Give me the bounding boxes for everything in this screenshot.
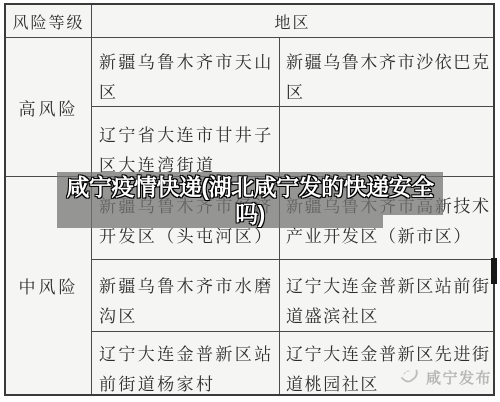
table-cell-high-r2-right (280, 107, 493, 177)
group-label-high-risk: 高风险 (6, 38, 92, 177)
table-cell-mid-r2-left: 新疆乌鲁木齐市水磨沟区 (92, 260, 280, 332)
watermark: 咸宁发布 (400, 366, 492, 388)
article-title-line1: 咸宁疫情快递(湖北咸宁发的快递安全 (66, 174, 433, 201)
header-region: 地区 (92, 5, 493, 38)
header-risk-level: 风险等级 (6, 5, 92, 38)
table-cell-mid-r2-right: 辽宁大连金普新区站前街道盛滨社区 (280, 260, 493, 332)
table-cell-high-r2-left: 辽宁省大连市甘井子区大连湾街道 (92, 107, 280, 177)
watermark-label: 咸宁发布 (426, 367, 492, 388)
table-cell-high-r1-left: 新疆乌鲁木齐市天山区 (92, 38, 280, 107)
article-title-line2: 吗) (235, 201, 265, 228)
xianning-fabu-logo-icon (400, 368, 422, 386)
table-cell-high-r1-right: 新疆乌鲁木齐市沙依巴克区 (280, 38, 493, 107)
table-cell-mid-r3-left: 辽宁大连金普新区站前街道杨家村 (92, 332, 280, 394)
right-border-mark (491, 258, 497, 284)
